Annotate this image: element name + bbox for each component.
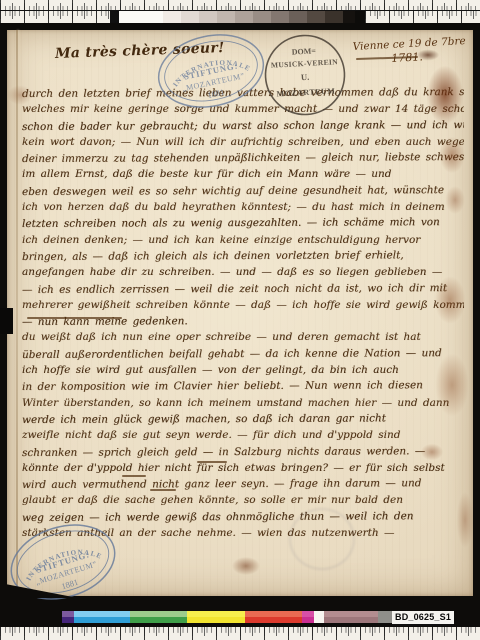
handwriting-line: in der komposition wie im Clavier hier b… bbox=[22, 377, 464, 395]
color-patch-white bbox=[314, 611, 324, 623]
manuscript-page: Ma très chère soeur! Vienne ce 19 de 7br… bbox=[7, 30, 473, 596]
underline-stroke bbox=[27, 317, 122, 319]
grayscale-step bbox=[110, 11, 119, 23]
grayscale-step bbox=[181, 11, 199, 23]
handwriting-line: wird auch vermuthend nicht ganz leer sey… bbox=[22, 475, 464, 493]
grayscale-step bbox=[325, 11, 343, 23]
letter-body: durch den letzten brief meines lieben va… bbox=[22, 85, 464, 541]
color-patch-yellow bbox=[187, 611, 245, 623]
color-patch-gray bbox=[378, 611, 392, 623]
grayscale-step bbox=[217, 11, 235, 23]
ruler-segment-right bbox=[365, 10, 480, 23]
grayscale-step bbox=[119, 11, 163, 23]
stamp-year: 1881 bbox=[60, 577, 79, 592]
handwriting-line: im allem Ernst, daß die beste kur für di… bbox=[22, 166, 464, 182]
handwriting-line: überall außerordentlichen beifall gehabt… bbox=[22, 345, 464, 363]
handwriting-line: letzten schreiben noch als zu wenig ausg… bbox=[22, 214, 464, 232]
grayscale-step bbox=[271, 11, 289, 23]
grayscale-wedge bbox=[110, 10, 365, 23]
underline-stroke bbox=[150, 489, 176, 491]
stamp-line: DOM= bbox=[291, 46, 316, 56]
mozarteum-oval-stamp-bottom: INTERNATIONALE STIFTUNG: „MOZARTEUM” 188… bbox=[0, 509, 128, 614]
grayscale-step bbox=[307, 11, 325, 23]
handwriting-line: zweifle nicht daß sie gut seyn werde. — … bbox=[22, 427, 464, 443]
underline-stroke bbox=[197, 461, 227, 463]
handwriting-line: schranken — sprich gleich geld — in Salz… bbox=[22, 443, 464, 461]
grayscale-step bbox=[235, 11, 253, 23]
handwriting-line: Winter überstanden, so kann ich meinem u… bbox=[22, 395, 464, 411]
handwriting-line: du weißt daß ich nun eine oper schreibe … bbox=[22, 329, 464, 345]
handwriting-line: werde ich mein glück gewiß machen, so da… bbox=[22, 410, 464, 428]
dom-musikverein-round-stamp: DOM= MUSICK-VEREIN U. MOZARTEUM bbox=[261, 31, 349, 119]
stamp-line: MUSICK-VEREIN bbox=[271, 57, 339, 70]
top-ruler bbox=[0, 0, 480, 10]
underline-stroke bbox=[122, 475, 146, 477]
handwriting-line: — ich es endlich zerrissen — weil die ze… bbox=[22, 280, 464, 298]
grayscale-step bbox=[199, 11, 217, 23]
grayscale-step bbox=[253, 11, 271, 23]
scan-id-label: BD_0625_S1 bbox=[392, 611, 454, 626]
color-patch-red bbox=[245, 611, 302, 623]
ruler-segment-left bbox=[0, 10, 110, 23]
color-patch-magenta bbox=[302, 611, 314, 623]
handwriting-line: angefangen habe dir zu schreiben. — und … bbox=[22, 264, 464, 280]
color-patch-violet bbox=[62, 611, 74, 623]
handwriting-line: ich von herzen daß du bald heyrathen kön… bbox=[22, 199, 464, 215]
handwriting-line: deiner immerzu zu tag stehenden unpäßlic… bbox=[22, 149, 464, 167]
stamp-line: U. bbox=[301, 72, 310, 82]
handwriting-line: welches mir keine geringe sorge und kumm… bbox=[22, 101, 464, 117]
handwriting-line: glaubt er daß die sache gehen könnte, so… bbox=[22, 492, 464, 508]
fold-crease bbox=[16, 30, 18, 596]
handwriting-line: eben deswegen weil es so sehr wichtig au… bbox=[22, 182, 464, 200]
color-patch-mauve bbox=[324, 611, 378, 623]
handwriting-line: mehrerer gewißheit schreiben könnte — da… bbox=[22, 297, 464, 313]
grayscale-step bbox=[343, 11, 355, 23]
handwriting-line: ich deinen denken; — und ich kan keine e… bbox=[22, 232, 464, 248]
handwriting-line: kein wort davon; — Nun will ich dir aufr… bbox=[22, 134, 464, 150]
bottom-ruler bbox=[0, 627, 480, 640]
page-edge-notch bbox=[0, 308, 13, 334]
bleedthrough-stamp-ghost bbox=[289, 508, 355, 570]
handwriting-line: — nun kann meine gedenken. bbox=[22, 312, 464, 330]
handwriting-line: ich hoffe sie wird gut ausfallen — von d… bbox=[22, 362, 464, 378]
handwriting-line: bringen, als — daß ich gleich als ich de… bbox=[22, 247, 464, 265]
color-patch-light-blue bbox=[74, 611, 130, 623]
handwriting-line: schon die bader kur gebraucht; du warst … bbox=[22, 117, 464, 135]
letter-date: Vienne ce 19 de 7bre 1781. bbox=[352, 35, 466, 67]
color-calibration-bar bbox=[62, 611, 392, 623]
grayscale-step bbox=[289, 11, 307, 23]
color-patch-green bbox=[130, 611, 187, 623]
stamp-line: MOZARTEUM bbox=[276, 86, 335, 98]
calibration-strip bbox=[0, 10, 480, 22]
handwriting-line: könnte der d'yppold hier nicht für sich … bbox=[22, 460, 464, 476]
grayscale-step bbox=[163, 11, 181, 23]
